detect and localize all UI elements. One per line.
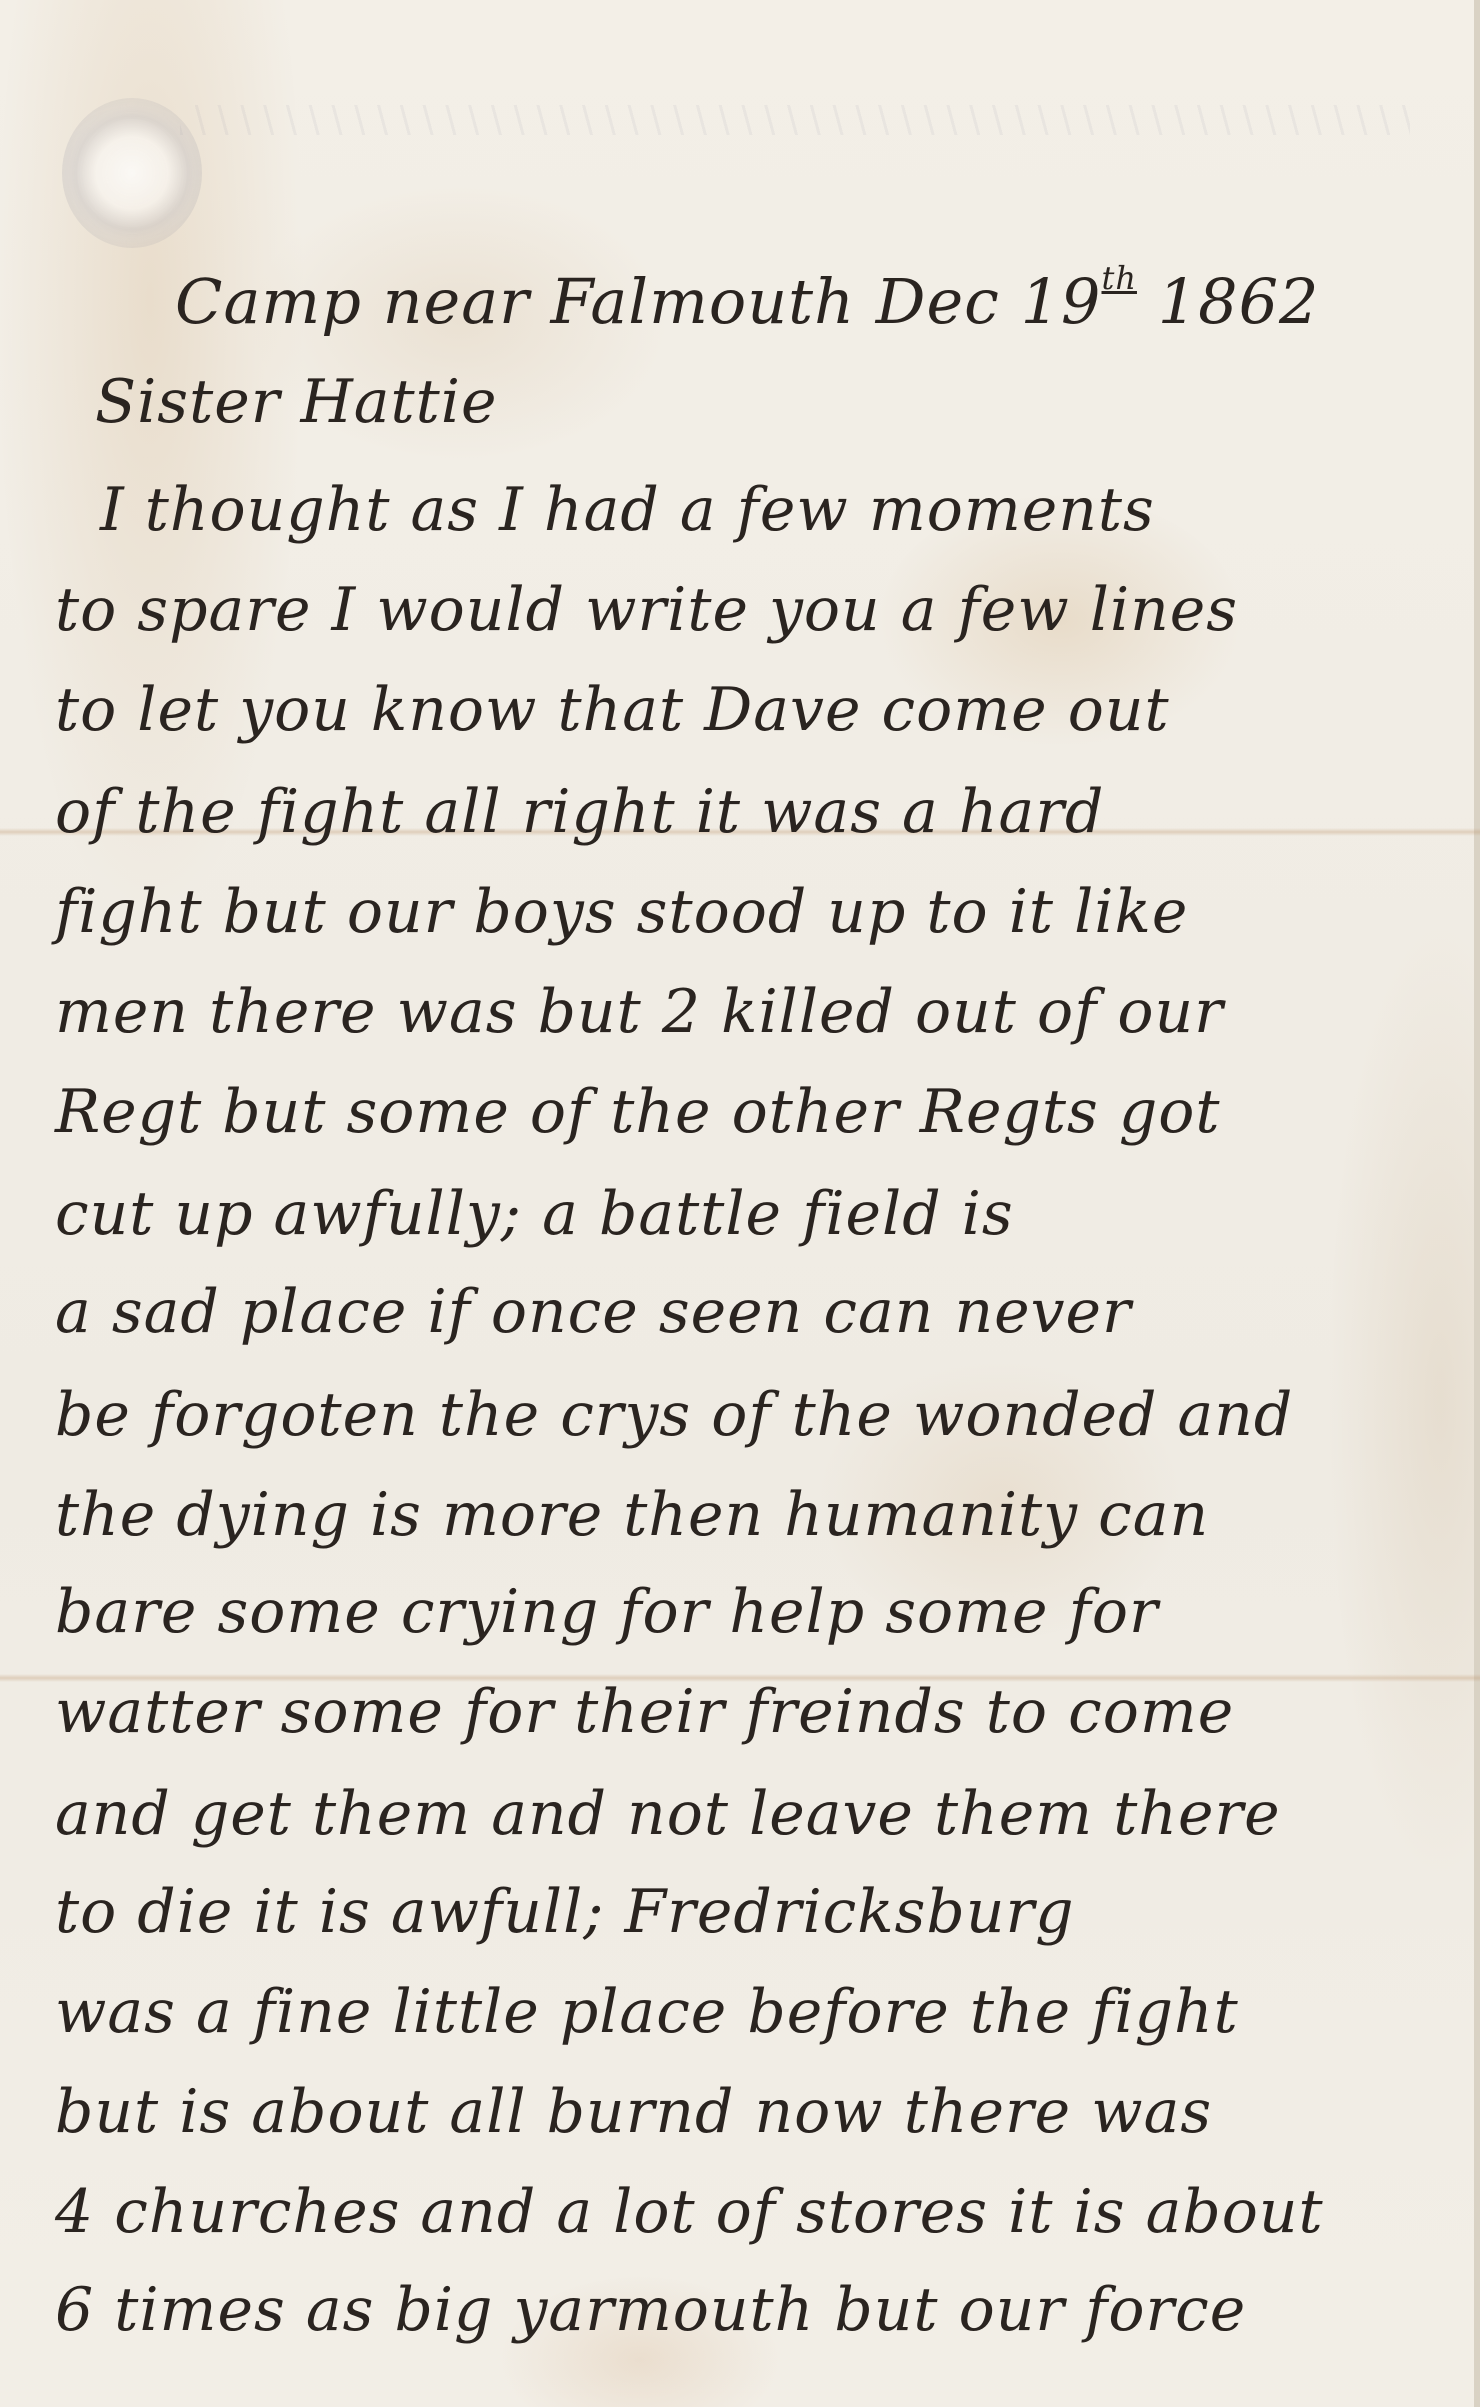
letter-line: be forgoten the crys of the wonded and	[55, 1385, 1293, 1445]
letter-line: bare some crying for help some for	[55, 1582, 1159, 1642]
letter-line: 6 times as big yarmouth but our force	[55, 2280, 1246, 2340]
letter-line: Regt but some of the other Regts got	[55, 1082, 1220, 1142]
heading-day: 19	[1021, 265, 1102, 338]
heading-year: 1862	[1158, 265, 1320, 338]
letter-body: Camp near Falmouth Dec 19th 1862 Sister …	[0, 0, 1480, 2407]
salutation: Sister Hattie	[95, 372, 497, 432]
heading-day-suffix: th	[1102, 259, 1137, 297]
letter-page: Camp near Falmouth Dec 19th 1862 Sister …	[0, 0, 1480, 2407]
letter-line: a sad place if once seen can never	[55, 1282, 1132, 1342]
letter-line: to die it is awfull; Fredricksburg	[55, 1882, 1075, 1942]
letter-line: the dying is more then humanity can	[55, 1485, 1209, 1545]
heading-place: Camp near Falmouth	[175, 265, 855, 338]
letter-line: 4 churches and a lot of stores it is abo…	[55, 2182, 1324, 2242]
letter-line: I thought as I had a few moments	[100, 480, 1155, 540]
letter-line: to let you know that Dave come out	[55, 680, 1170, 740]
letter-line: men there was but 2 killed out of our	[55, 982, 1224, 1042]
letter-line: watter some for their freinds to come	[55, 1682, 1234, 1742]
heading-month: Dec	[876, 265, 1000, 338]
letter-line: to spare I would write you a few lines	[55, 580, 1238, 640]
letter-line: fight but our boys stood up to it like	[55, 882, 1188, 942]
letter-line: cut up awfully; a battle field is	[55, 1184, 1014, 1244]
letter-heading: Camp near Falmouth Dec 19th 1862	[175, 262, 1319, 333]
letter-line: and get them and not leave them there	[55, 1784, 1281, 1844]
letter-line: was a fine little place before the fight	[55, 1982, 1239, 2042]
letter-line: of the fight all right it was a hard	[55, 782, 1104, 842]
letter-line: but is about all burnd now there was	[55, 2082, 1212, 2142]
